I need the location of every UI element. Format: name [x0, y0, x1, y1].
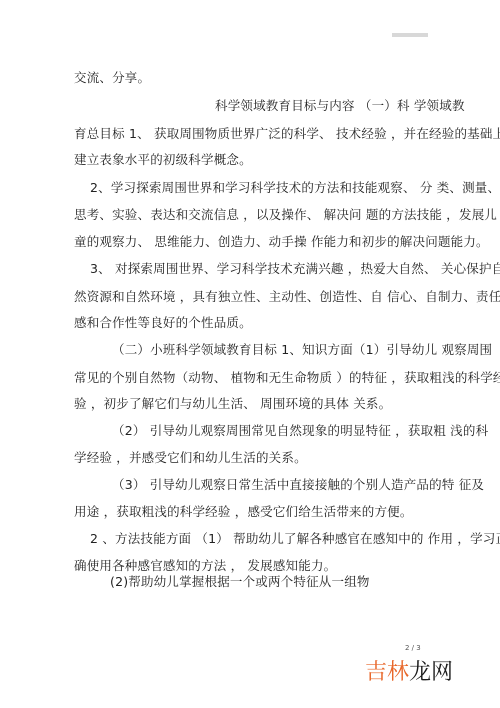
- text-line: 感和合作性等良好的个性品质。: [74, 315, 252, 331]
- text-line: 然资源和自然环境 ，具有独立性、主动性、创造性、自 信心、自制力、责任: [74, 289, 500, 305]
- text-line: （3） 引导幼儿观察日常生活中直接接触的个别人造产品的特 征及: [112, 477, 484, 493]
- text-line: 3、 对探索周围世界、学习科学技术充满兴趣 ，热爱大自然、 关心保护自: [90, 261, 500, 277]
- text-line: 交流、分享。: [74, 70, 150, 86]
- text-line: 用途 ，获取粗浅的科学经验 ，感受它们给生活带来的方便。: [74, 504, 413, 520]
- section-heading: 科学领域教育目标与内容 （一）科 学领域教: [215, 98, 465, 114]
- text-line: 2 、方法技能方面 （1） 帮助幼儿了解各种感官在感知中的 作用 ，学习正: [90, 531, 500, 547]
- site-watermark-logo: 吉林龙网: [365, 660, 453, 686]
- text-line: 2、学习探索周围世界和学习科学技术的方法和技能观察、 分 类、测量、: [90, 180, 500, 196]
- text-line: 思考、实验、表达和交流信息 ，以及操作、 解决问 题的方法技能 ，发展儿: [74, 207, 497, 223]
- page-number: 2 / 3: [405, 644, 421, 652]
- header-watermark: [392, 33, 428, 37]
- section-heading: （二）小班科学领域教育目标 1、知识方面（1）引导幼儿 观察周围: [112, 342, 492, 358]
- text-line: （2） 引导幼儿观察周围常见自然现象的明显特征 ，获取粗 浅的科: [112, 423, 488, 439]
- logo-text-dark: 龙网: [409, 660, 453, 685]
- text-line: 常见的个别自然物（动物、 植物和无生命物质 ）的特征 ，获取粗浅的科学经: [74, 370, 500, 386]
- text-line: 学经验 ，并感受它们和幼儿生活的关系。: [74, 450, 307, 466]
- text-line: (2)帮助幼儿掌握根据一个或两个特征从一组物: [110, 574, 370, 590]
- text-line: 童的观察力、 思维能力、创造力、动手操 作能力和初步的解决问题能力。: [74, 234, 489, 250]
- text-line: 建立表象水平的初级科学概念。: [74, 152, 252, 168]
- text-line: 验 ，初步了解它们与幼儿生活、 周围环境的具体 关系。: [74, 396, 391, 412]
- text-line: 育总目标 1、 获取周围物质世界广泛的科学、 技术经验 ，并在经验的基础上，: [74, 126, 500, 142]
- logo-text-accent: 吉林: [365, 660, 409, 685]
- text-line: 确使用各种感官感知的方法 ， 发展感知能力。: [74, 558, 336, 574]
